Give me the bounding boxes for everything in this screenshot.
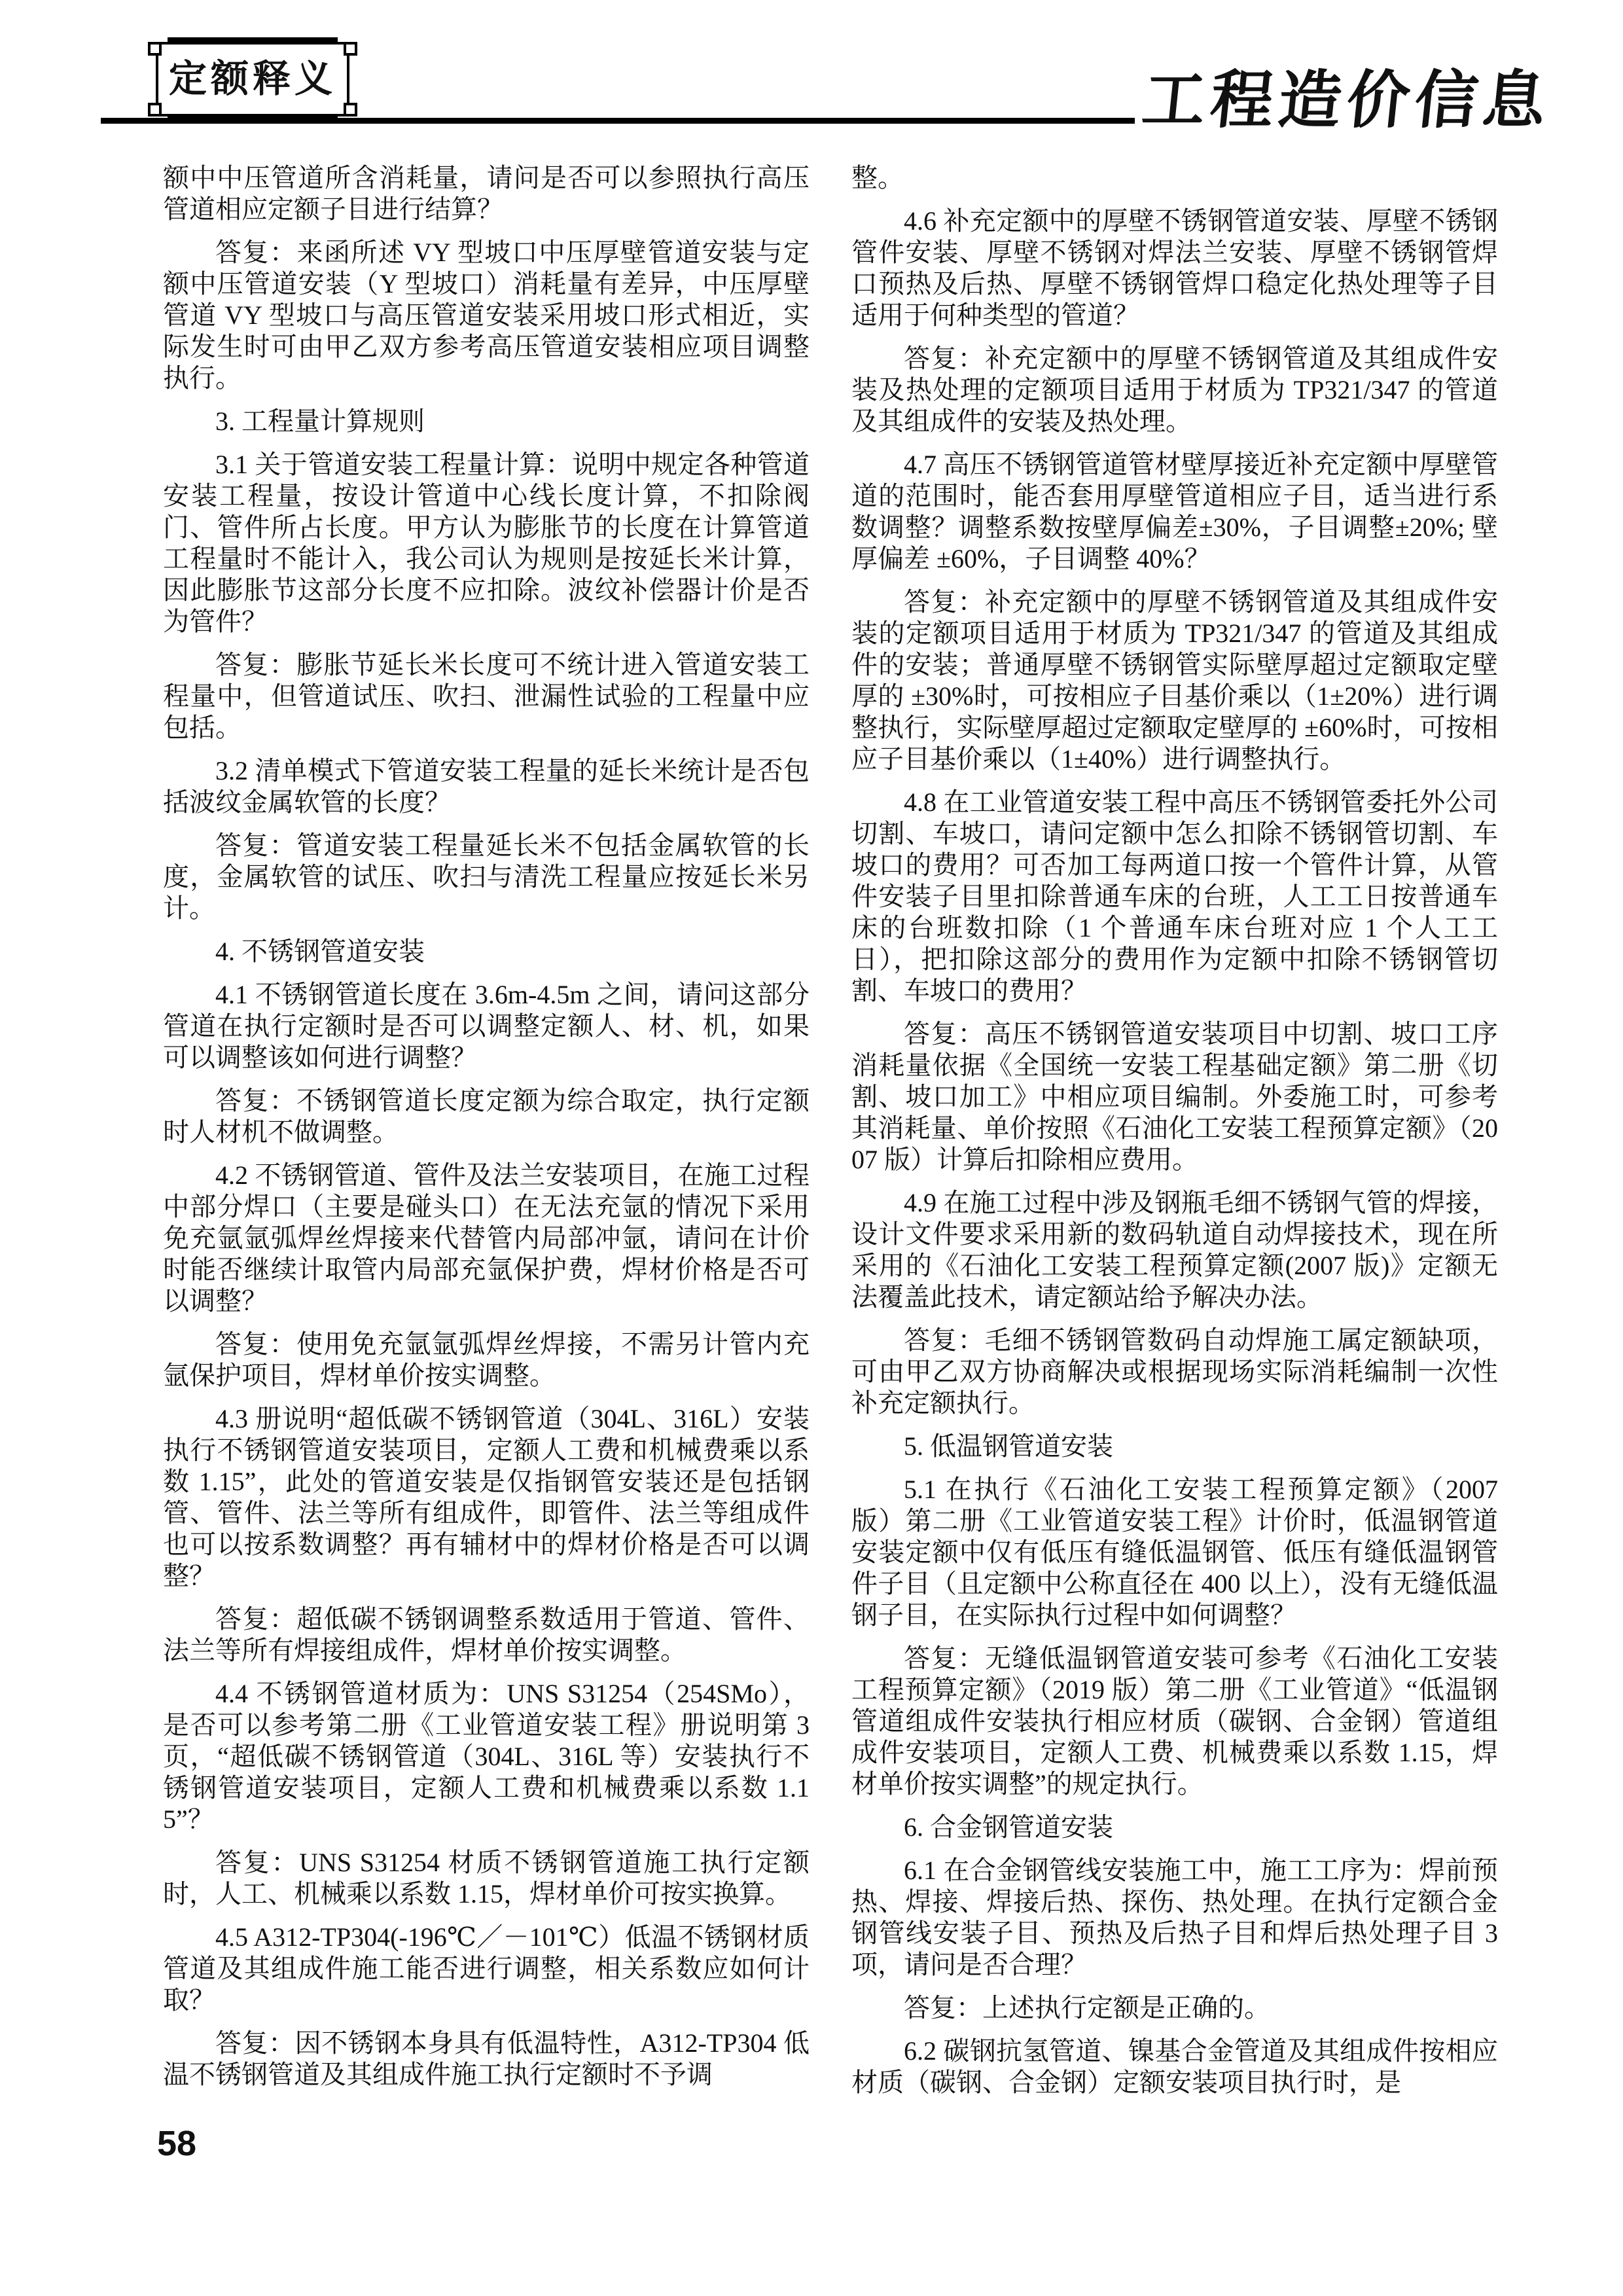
badge-corner-ornament	[344, 42, 357, 56]
paragraph: 4.5 A312-TP304(-196℃／－101℃）低温不锈钢材质管道及其组成…	[163, 1922, 810, 2016]
badge-corner-ornament	[148, 103, 162, 117]
paragraph: 答复：UNS S31254 材质不锈钢管道施工执行定额时，人工、机械乘以系数 1…	[163, 1847, 810, 1910]
paragraph: 4.3 册说明“超低碳不锈钢管道（304L、316L）安装执行不锈钢管道安装项目…	[163, 1403, 810, 1592]
paragraph: 答复：使用免充氩氩弧焊丝焊接，不需另计管内充氩保护项目，焊材单价按实调整。	[163, 1329, 810, 1391]
paragraph: 4. 不锈钢管道安装	[163, 936, 810, 967]
badge-corner-ornament	[148, 42, 162, 56]
paragraph: 6. 合金钢管道安装	[851, 1812, 1498, 1843]
masthead-title: 工程造价信息	[1139, 69, 1554, 132]
column-right: 整。4.6 补充定额中的厚壁不锈钢管道安装、厚壁不锈钢管件安装、厚壁不锈钢对焊法…	[851, 162, 1498, 2110]
paragraph: 答复：超低碳不锈钢调整系数适用于管道、管件、法兰等所有焊接组成件，焊材单价按实调…	[163, 1604, 810, 1666]
paragraph: 4.9 在施工过程中涉及钢瓶毛细不锈钢气管的焊接，设计文件要求采用新的数码轨道自…	[851, 1187, 1498, 1313]
page-number: 58	[157, 2126, 196, 2161]
document-page: 定额释义 工程造价信息 额中中压管道所含消耗量，请问是否可以参照执行高压管道相应…	[0, 0, 1623, 2296]
paragraph: 答复：管道安装工程量延长米不包括金属软管的长度，金属软管的试压、吹扫与清洗工程量…	[163, 830, 810, 924]
paragraph: 答复：无缝低温钢管道安装可参考《石油化工安装工程预算定额》（2019 版）第二册…	[851, 1643, 1498, 1800]
paragraph: 4.1 不锈钢管道长度在 3.6m-4.5m 之间，请问这部分管道在执行定额时是…	[163, 979, 810, 1073]
paragraph: 3. 工程量计算规则	[163, 406, 810, 437]
paragraph: 6.1 在合金钢管线安装施工中，施工工序为：焊前预热、焊接、焊接后热、探伤、热处…	[851, 1855, 1498, 1981]
paragraph: 4.2 不锈钢管道、管件及法兰安装项目，在施工过程中部分焊口（主要是碰头口）在无…	[163, 1160, 810, 1317]
paragraph: 答复：高压不锈钢管道安装项目中切割、坡口工序消耗量依据《全国统一安装工程基础定额…	[851, 1018, 1498, 1175]
paragraph: 答复：补充定额中的厚壁不锈钢管道及其组成件安装及热处理的定额项目适用于材质为 T…	[851, 343, 1498, 437]
paragraph: 5.1 在执行《石油化工安装工程预算定额》（2007 版）第二册《工业管道安装工…	[851, 1474, 1498, 1631]
column-left: 额中中压管道所含消耗量，请问是否可以参照执行高压管道相应定额子目进行结算？答复：…	[163, 162, 810, 2110]
paragraph: 额中中压管道所含消耗量，请问是否可以参照执行高压管道相应定额子目进行结算？	[163, 162, 810, 225]
paragraph: 5. 低温钢管道安装	[851, 1431, 1498, 1462]
paragraph: 答复：毛细不锈钢管数码自动焊施工属定额缺项，可由甲乙双方协商解决或根据现场实际消…	[851, 1325, 1498, 1419]
paragraph: 答复：不锈钢管道长度定额为综合取定，执行定额时人材机不做调整。	[163, 1085, 810, 1148]
paragraph: 3.1 关于管道安装工程量计算：说明中规定各种管道安装工程量，按设计管道中心线长…	[163, 449, 810, 637]
badge-corner-ornament	[344, 103, 357, 117]
content-columns: 额中中压管道所含消耗量，请问是否可以参照执行高压管道相应定额子目进行结算？答复：…	[163, 162, 1499, 2110]
paragraph: 答复：膨胀节延长米长度可不统计进入管道安装工程量中，但管道试压、吹扫、泄漏性试验…	[163, 649, 810, 744]
paragraph: 答复：来函所述 VY 型坡口中压厚壁管道安装与定额中压管道安装（Y 型坡口）消耗…	[163, 237, 810, 394]
section-badge: 定额释义	[156, 42, 349, 117]
paragraph: 6.2 碳钢抗氢管道、镍基合金管道及其组成件按相应材质（碳钢、合金钢）定额安装项…	[851, 2036, 1498, 2098]
paragraph: 4.7 高压不锈钢管道管材壁厚接近补充定额中厚壁管道的范围时，能否套用厚壁管道相…	[851, 449, 1498, 575]
paragraph: 4.4 不锈钢管道材质为：UNS S31254（254SMo），是否可以参考第二…	[163, 1678, 810, 1835]
paragraph: 4.8 在工业管道安装工程中高压不锈钢管委托外公司切割、车坡口，请问定额中怎么扣…	[851, 787, 1498, 1007]
paragraph: 答复：上述执行定额是正确的。	[851, 1992, 1498, 2024]
paragraph: 答复：补充定额中的厚壁不锈钢管道及其组成件安装的定额项目适用于材质为 TP321…	[851, 586, 1498, 775]
paragraph: 3.2 清单模式下管道安装工程量的延长米统计是否包括波纹金属软管的长度？	[163, 755, 810, 818]
paragraph: 整。	[851, 162, 1498, 194]
badge-label: 定额释义	[169, 60, 336, 98]
paragraph: 4.6 补充定额中的厚壁不锈钢管道安装、厚壁不锈钢管件安装、厚壁不锈钢对焊法兰安…	[851, 206, 1498, 331]
paragraph: 答复：因不锈钢本身具有低温特性，A312-TP304 低温不锈钢管道及其组成件施…	[163, 2028, 810, 2090]
